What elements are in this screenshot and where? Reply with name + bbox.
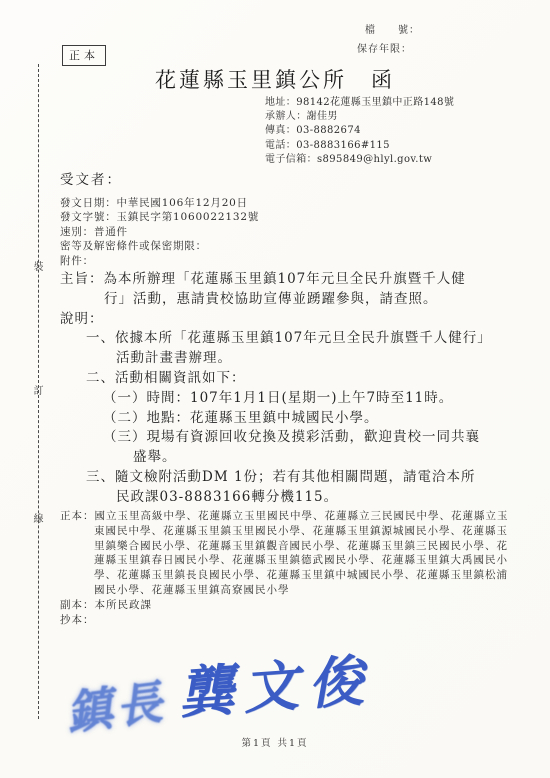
subject-line: 主旨：為本所辦理「花蓮縣玉里鎮107年元旦全民升旗暨千人健行」活動，惠請貴校協助… xyxy=(60,270,486,310)
mayor-signature-stamp: 鎮長龔文俊 xyxy=(63,640,375,730)
contact-address: 地址：98142花蓮縣玉里鎮中正路148號 xyxy=(265,96,454,110)
item-number: 一、 xyxy=(86,330,115,346)
item-text: 現場有資源回收兌換及摸彩活動，歡迎貴校一同共襄盛舉。 xyxy=(133,429,480,465)
explanation-label: 說明： xyxy=(60,310,486,330)
item-text: 隨文檢附活動DM 1份；若有其他相關問題，請電洽本所民政課03-8883166轉… xyxy=(115,469,476,505)
copy-recipients-line: 副本：本所民政課 xyxy=(60,598,512,613)
item-number: （三） xyxy=(103,429,147,445)
item-number: 三、 xyxy=(86,469,115,485)
item-text: 地點：花蓮縣玉里鎮中城國民小學。 xyxy=(147,410,379,426)
contact-person: 承辦人：謝佳男 xyxy=(265,110,454,124)
contact-phone: 電話：03-8883166#115 xyxy=(265,139,454,153)
item-number: （一） xyxy=(103,390,147,406)
scanned-official-letter: 檔 號： 保存年限： 正本 裝 訂 線 花蓮縣玉里鎮公所 函 地址：98142花… xyxy=(0,0,550,778)
copy-label: 副本： xyxy=(60,599,95,611)
explanation-item-1: 一、依據本所「花蓮縣玉里鎮107年元旦全民升旗暨千人健行」活動計畫書辦理。 xyxy=(86,329,486,369)
document-number: 發文字號：玉鎮民字第1060022132號 xyxy=(60,210,259,224)
security-class: 密等及解密條件或保密期限： xyxy=(60,239,259,253)
transcript-line: 抄本： xyxy=(60,613,512,628)
issue-date: 發文日期：中華民國106年12月20日 xyxy=(60,196,259,210)
item-text: 時間：107年1月1日(星期一)上午7時至11時。 xyxy=(147,390,454,406)
binding-mark-ding: 訂 xyxy=(32,382,45,397)
distribution-block: 正本：國立玉里高級中學、花蓮縣立玉里國民中學、花蓮縣立三民國民中學、花蓮縣立玉東… xyxy=(60,509,512,627)
explanation-item-3: 三、隨文檢附活動DM 1份；若有其他相關問題，請電洽本所民政課03-888316… xyxy=(86,468,486,508)
item-text: 活動相關資訊如下： xyxy=(115,370,246,386)
file-number-label: 檔 號： xyxy=(357,21,420,40)
item-number: （二） xyxy=(103,410,147,426)
document-title: 花蓮縣玉里鎮公所 函 xyxy=(0,64,550,94)
item-text: 依據本所「花蓮縣玉里鎮107年元旦全民升旗暨千人健行」活動計畫書辦理。 xyxy=(115,330,485,366)
recipient-label: 受文者： xyxy=(60,168,122,188)
copy-recipients: 本所民政課 xyxy=(95,599,153,611)
explanation-item-2-1: （一）時間：107年1月1日(星期一)上午7時至11時。 xyxy=(103,389,486,409)
subject-text: 為本所辦理「花蓮縣玉里鎮107年元旦全民升旗暨千人健行」活動，惠請貴校協助宣傳並… xyxy=(104,271,466,307)
copy-type-badge: 正本 xyxy=(62,45,106,66)
original-label: 正本： xyxy=(60,510,95,522)
signature-title: 鎮長 xyxy=(62,666,169,744)
contact-block: 地址：98142花蓮縣玉里鎮中正路148號 承辦人：謝佳男 傳真：03-8882… xyxy=(265,96,454,167)
meta-block: 發文日期：中華民國106年12月20日 發文字號：玉鎮民字第1060022132… xyxy=(60,196,259,268)
original-recipients-line: 正本：國立玉里高級中學、花蓮縣立玉里國民中學、花蓮縣立三民國民中學、花蓮縣立玉東… xyxy=(60,509,512,598)
binding-mark-xian: 線 xyxy=(32,510,45,525)
subject-label: 主旨： xyxy=(60,271,104,287)
original-recipients: 國立玉里高級中學、花蓮縣立玉里國民中學、花蓮縣立三民國民中學、花蓮縣立玉東國民中… xyxy=(94,510,509,596)
file-info-block: 檔 號： 保存年限： xyxy=(357,21,420,59)
item-number: 二、 xyxy=(86,370,115,386)
contact-fax: 傳真：03-8882674 xyxy=(265,124,454,138)
transcript-label: 抄本： xyxy=(60,614,95,626)
speed-class: 速別：普通件 xyxy=(60,225,259,239)
retention-period-label: 保存年限： xyxy=(357,40,420,59)
document-body: 主旨：為本所辦理「花蓮縣玉里鎮107年元旦全民升旗暨千人健行」活動，惠請貴校協助… xyxy=(60,270,486,508)
binding-mark-zhuang: 裝 xyxy=(32,258,45,273)
explanation-item-2-3: （三）現場有資源回收兌換及摸彩活動，歡迎貴校一同共襄盛舉。 xyxy=(103,428,486,468)
contact-email: 電子信箱：s895849@hlyl.gov.tw xyxy=(265,153,454,167)
explanation-item-2: 二、活動相關資訊如下： xyxy=(86,369,486,389)
signature-name: 龔文俊 xyxy=(175,636,375,728)
attachment-label: 附件： xyxy=(60,254,259,268)
explanation-item-2-2: （二）地點：花蓮縣玉里鎮中城國民小學。 xyxy=(103,409,486,429)
page-number-footer: 第1頁 共1頁 xyxy=(0,735,550,749)
